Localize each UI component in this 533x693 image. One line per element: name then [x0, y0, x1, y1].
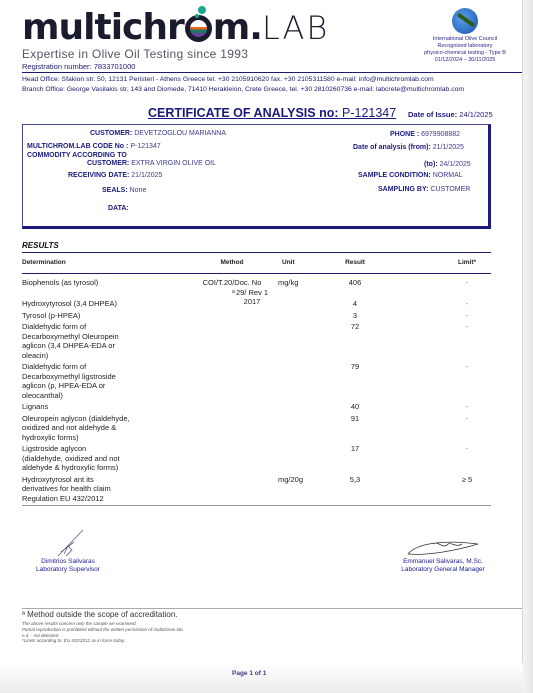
cell-result: 5,3 [340, 475, 370, 485]
page-number: Page 1 of 1 [232, 670, 266, 677]
table-row: Hydroxytyrosol (3,4 DHPEA)4- [22, 299, 491, 311]
commodity-field: CUSTOMER: EXTRA VIRGIN OLIVE OIL [87, 160, 216, 167]
branch-office: Branch Office: George Vasilakis str. 143… [22, 85, 464, 95]
cell-determination: Dialdehydic form ofDecarboxymethyl ligst… [22, 362, 162, 400]
header-result: Result [340, 259, 370, 266]
cell-result: 17 [340, 444, 370, 454]
ioc-line-3: physico-chemical testing - Type B [415, 50, 515, 57]
analysis-from-field: Date of analysis (from): 21/1/2025 [353, 144, 464, 151]
cell-determination: Lignans [22, 402, 162, 412]
customer-value: DEVETZOGLOU MARIANNA [134, 130, 226, 137]
issue-date: Date of Issue: 24/1/2025 [408, 110, 493, 119]
certificate-title-label: CERTIFICATE OF ANALYSIS no: [148, 106, 339, 120]
table-body: Biophenols (as tyrosol)COI/T.20/Doc. No2… [22, 274, 491, 505]
data-field: DATA: [108, 205, 129, 212]
cell-method: COI/T.20/Doc. No29/ Rev 1 2017a [192, 278, 272, 288]
tagline: Expertise in Olive Oil Testing since 199… [22, 47, 248, 61]
cell-limit: ≥ 5 [442, 475, 492, 485]
disclaimer-notes: The above results concern only the sampl… [22, 621, 184, 644]
cell-limit: - [442, 402, 492, 412]
flask-icon [185, 15, 212, 42]
cell-limit: - [442, 299, 492, 309]
commodity-label: COMMODITY ACCORDING TO [27, 152, 127, 159]
cell-limit: - [442, 278, 492, 288]
registration-number: Registration number: 7833701000 [22, 62, 135, 71]
cell-limit: - [442, 444, 492, 454]
cell-result: 406 [340, 278, 370, 288]
table-row: Lignans40- [22, 402, 491, 414]
cell-unit: mg/kg [272, 278, 318, 288]
certificate-number: P-121347 [342, 106, 396, 120]
disclaimer-line-4: *Limits according to: EU 432/2012 as in … [22, 638, 184, 644]
logo-text-suffix: m. [213, 7, 262, 48]
cell-result: 4 [340, 299, 370, 309]
manager-name: Emmanuel Salivaras, M.Sc. [388, 558, 498, 566]
header-limit: Limit* [442, 259, 492, 266]
table-row: Dialdehydic form ofDecarboxymethyl Oleur… [22, 322, 491, 362]
cell-determination: Dialdehydic form ofDecarboxymethyl Oleur… [22, 322, 162, 360]
table-row: Biophenols (as tyrosol)COI/T.20/Doc. No2… [22, 278, 491, 299]
phone-value: 6979908882 [421, 131, 460, 138]
results-table: Determination Method Unit Result Limit* … [22, 252, 491, 506]
cell-result: 72 [340, 322, 370, 332]
disclaimer-line-2: Partial reproduction is prohibited witho… [22, 627, 184, 633]
accreditation-note: ª Method outside the scope of accreditat… [22, 610, 178, 619]
table-row: Hydroxytyrosol ant itsderivatives for he… [22, 475, 491, 506]
issue-date-value: 24/1/2025 [459, 110, 492, 119]
multichrom-logo: multichrm.LAB [22, 8, 329, 48]
table-row: Dialdehydic form ofDecarboxymethyl ligst… [22, 362, 491, 402]
cell-result: 40 [340, 402, 370, 412]
table-row: Ligstroside aglycon(dialdehyde, oxidized… [22, 444, 491, 475]
page-edge [522, 0, 533, 693]
certificate-title: CERTIFICATE OF ANALYSIS no: P-121347 [148, 106, 396, 120]
header-determination: Determination [22, 259, 162, 266]
table-header: Determination Method Unit Result Limit* [22, 253, 491, 273]
analysis-from-value: 21/1/2025 [433, 144, 464, 151]
manager-title: Laboratory General Manager [388, 566, 498, 574]
cell-limit: - [442, 414, 492, 424]
cell-limit: - [442, 311, 492, 321]
cell-determination: Oleuropein aglycon (dialdehyde,oxidized … [22, 414, 162, 443]
footnote-divider [22, 608, 522, 609]
cell-determination: Tyrosol (p-HPEA) [22, 311, 162, 321]
cell-limit: - [442, 322, 492, 332]
table-row: Oleuropein aglycon (dialdehyde,oxidized … [22, 414, 491, 445]
sample-info-box: CUSTOMER: DEVETZOGLOU MARIANNA PHONE : 6… [22, 124, 491, 229]
receiving-date-field: RECEIVING DATE: 21/1/2025 [68, 172, 162, 179]
cell-unit: mg/20g [272, 475, 318, 485]
sampling-by-value: CUSTOMER [430, 186, 470, 193]
ioc-globe-icon [452, 8, 478, 34]
issue-date-label: Date of Issue: [408, 110, 457, 119]
commodity-value: EXTRA VIRGIN OLIVE OIL [131, 160, 216, 167]
phone-field: PHONE : 6979908882 [390, 131, 460, 138]
logo-text-lab: LAB [262, 9, 329, 47]
results-title: RESULTS [22, 241, 59, 250]
signature-manager: Emmanuel Salivaras, M.Sc. Laboratory Gen… [388, 536, 498, 574]
office-addresses: Head Office: Sfakion str. 50, 12131 Peri… [22, 75, 464, 94]
signature-supervisor: Dimitrios Salivaras Laboratory Superviso… [28, 528, 108, 574]
ioc-line-1: International Olive Council [415, 36, 515, 43]
page-bottom-fade [0, 663, 523, 693]
cell-result: 3 [340, 311, 370, 321]
table-row: Tyrosol (p-HPEA)3- [22, 311, 491, 323]
table-bottom-rule [22, 505, 491, 506]
sampling-by-field: SAMPLING BY: CUSTOMER [378, 186, 470, 193]
sample-condition-value: NORMAL [433, 172, 463, 179]
seals-value: None [130, 187, 147, 194]
ioc-line-4: 01/12/2024 – 30/11/2025 [415, 57, 515, 64]
supervisor-title: Laboratory Supervisor [28, 566, 108, 574]
seals-field: SEALS: None [102, 187, 146, 194]
cell-result: 79 [340, 362, 370, 372]
cell-determination: Biophenols (as tyrosol) [22, 278, 162, 288]
signature-scribble-icon [388, 536, 498, 558]
ioc-line-2: Recognized laboratory [415, 43, 515, 50]
header-method: Method [192, 259, 272, 266]
cell-determination: Ligstroside aglycon(dialdehyde, oxidized… [22, 444, 162, 473]
receiving-date-value: 21/1/2025 [131, 172, 162, 179]
cell-limit: - [442, 362, 492, 372]
cell-determination: Hydroxytyrosol (3,4 DHPEA) [22, 299, 162, 309]
cell-determination: Hydroxytyrosol ant itsderivatives for he… [22, 475, 162, 504]
logo-text-prefix: multichr [22, 7, 184, 48]
header-unit: Unit [272, 259, 322, 266]
ioc-badge: International Olive Council Recognized l… [415, 8, 515, 64]
analysis-to-field: (to): 24/1/2025 [424, 161, 471, 168]
signature-scribble-icon [28, 528, 108, 558]
lab-code-field: MULTICHROM.LAB CODE No : P-121347 [27, 143, 161, 150]
customer-field: CUSTOMER: DEVETZOGLOU MARIANNA [90, 130, 226, 137]
head-office: Head Office: Sfakion str. 50, 12131 Peri… [22, 75, 464, 85]
header-divider [22, 72, 522, 73]
lab-code-value: P-121347 [130, 143, 160, 150]
sample-condition-field: SAMPLE CONDITION: NORMAL [358, 172, 463, 179]
cell-result: 91 [340, 414, 370, 424]
supervisor-name: Dimitrios Salivaras [28, 558, 108, 566]
analysis-to-value: 24/1/2025 [440, 161, 471, 168]
